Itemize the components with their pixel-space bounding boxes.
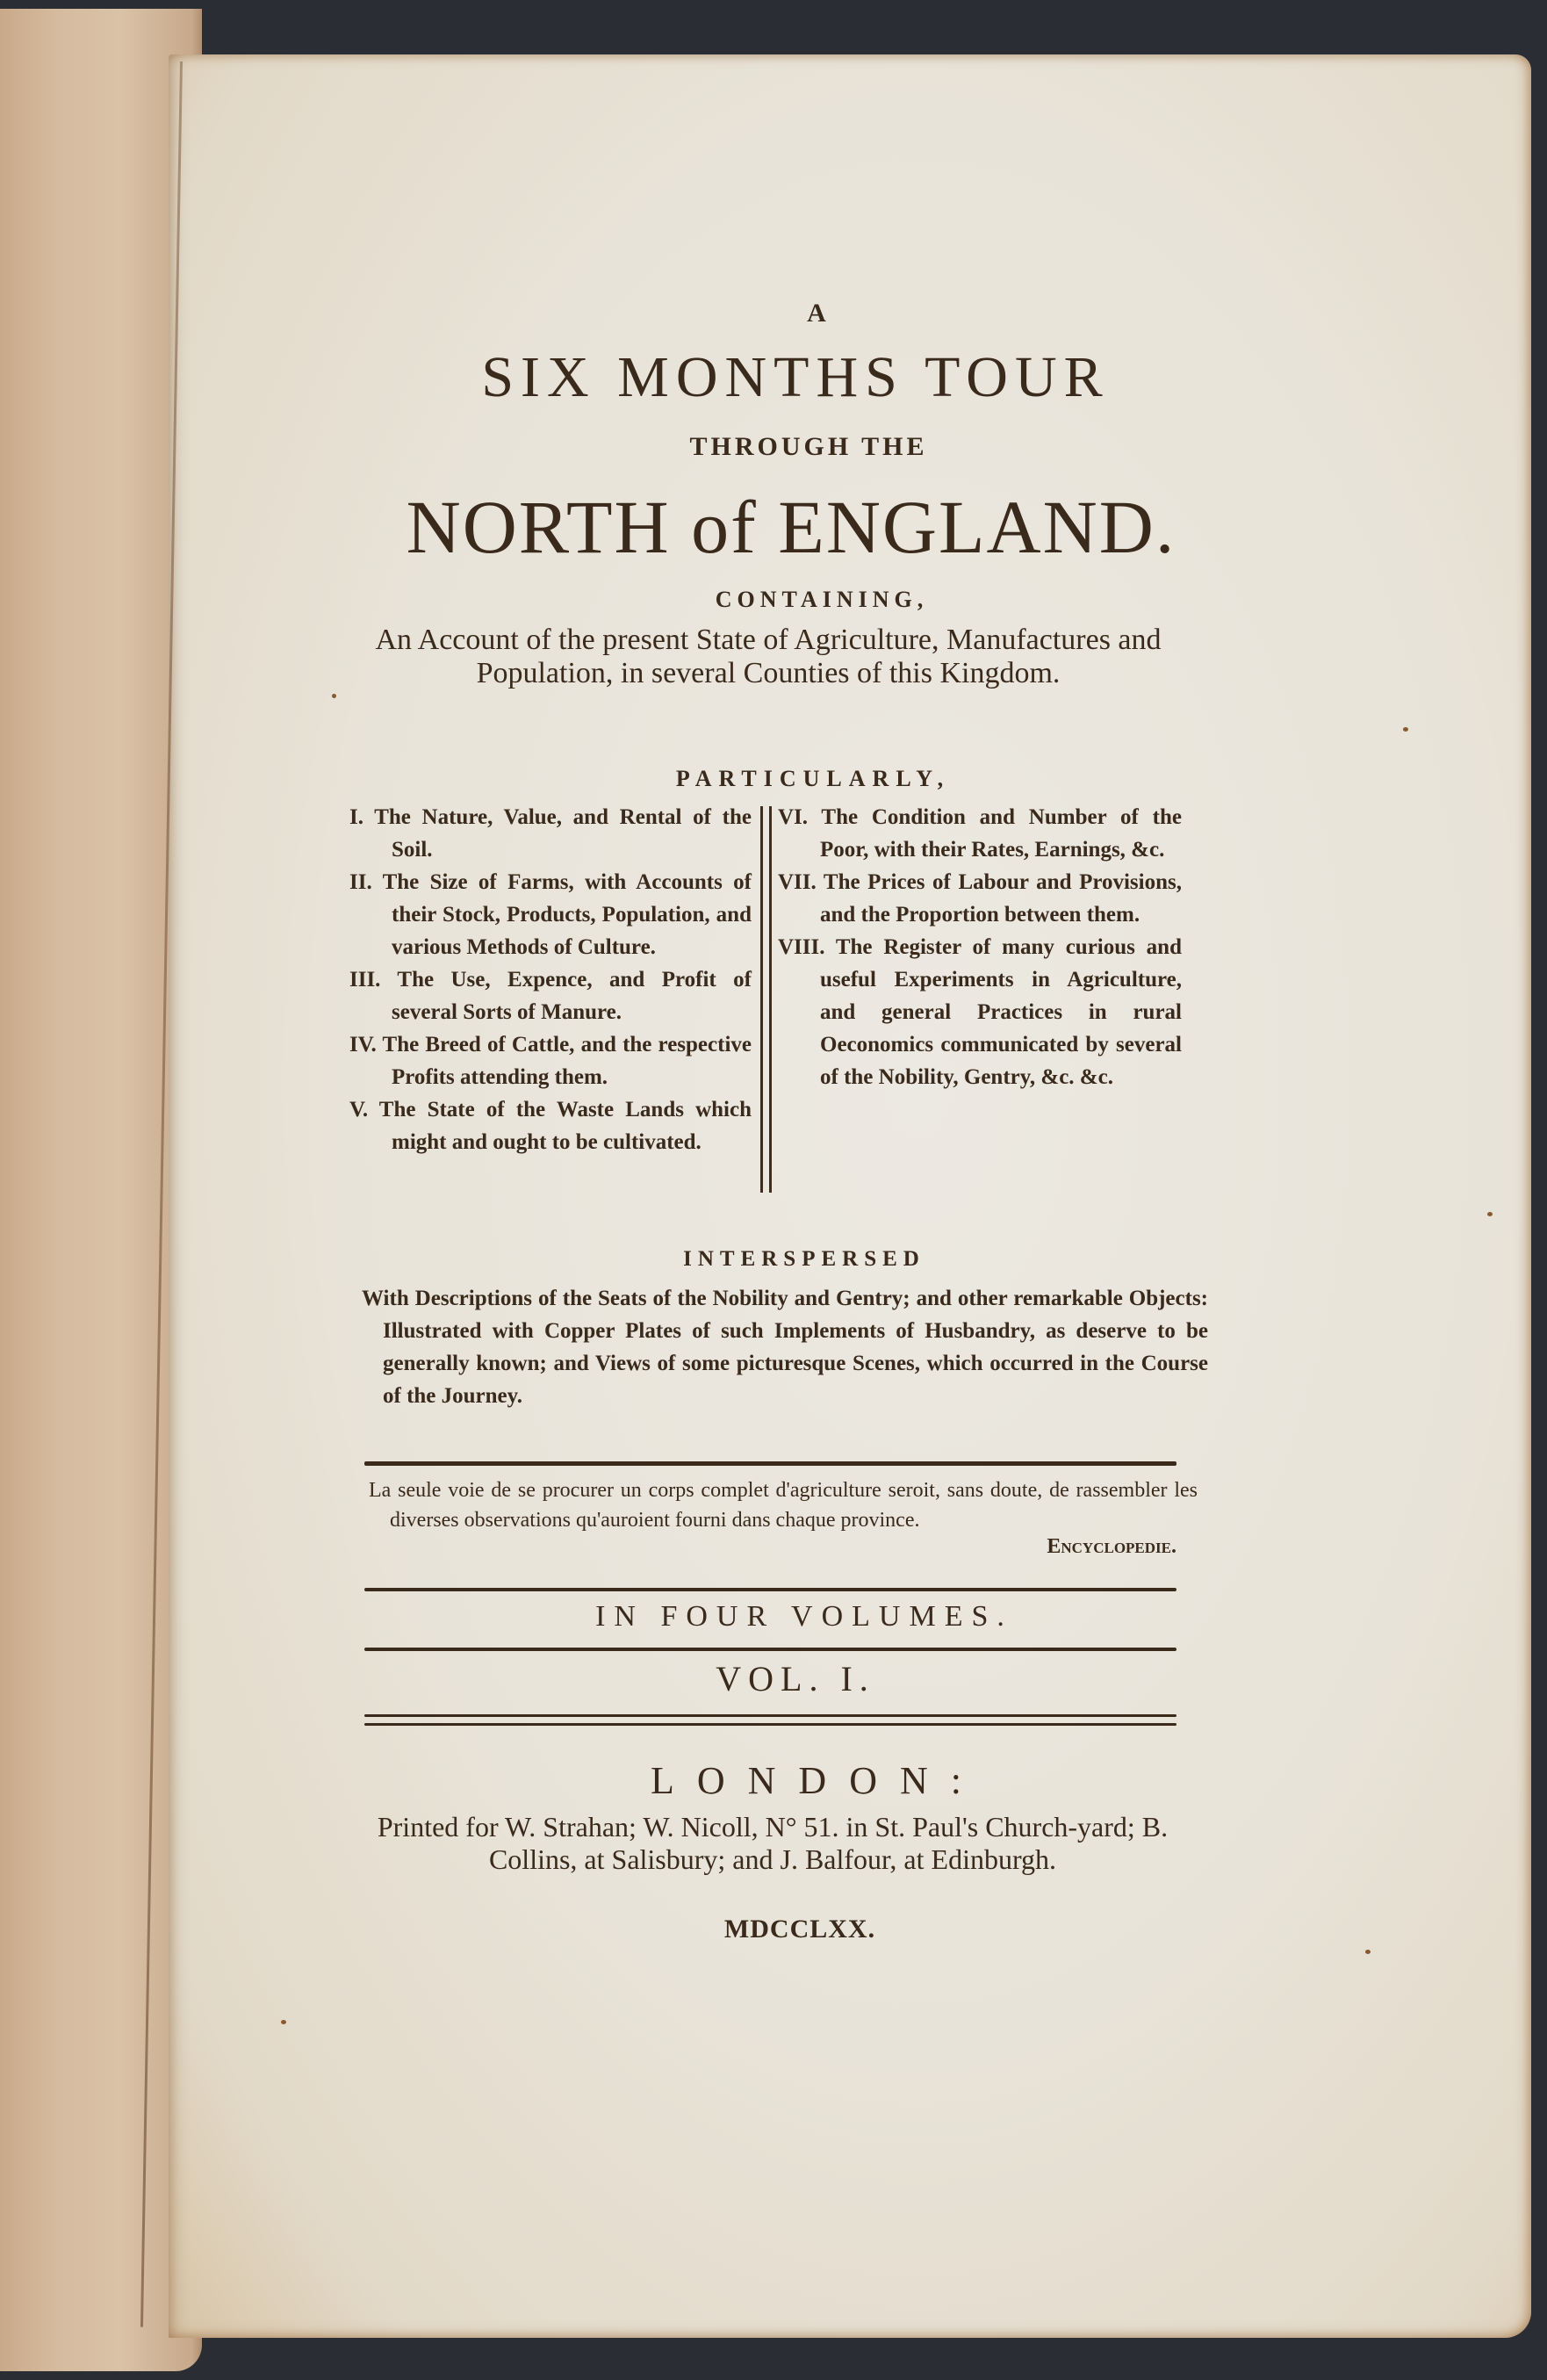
contents-item: II. The Size of Farms, with Accounts of … — [349, 866, 752, 963]
imprint-printers: Printed for W. Strahan; W. Nicoll, N° 51… — [351, 1811, 1194, 1876]
containing-heading: CONTAINING, — [0, 587, 1547, 613]
horizontal-rule — [364, 1714, 1176, 1717]
contents-item: V. The State of the Waste Lands which mi… — [349, 1093, 752, 1158]
contents-column-left: I. The Nature, Value, and Rental of the … — [349, 801, 752, 1158]
title-line-six-months-tour: SIX MONTHS TOUR — [0, 344, 1547, 411]
particularly-heading: PARTICULARLY, — [0, 766, 1547, 792]
horizontal-rule — [364, 1648, 1176, 1651]
column-divider-line — [760, 806, 763, 1193]
epigraph-text: La seule voie de se procurer un corps co… — [369, 1475, 1198, 1535]
title-article: A — [0, 299, 1547, 328]
imprint-city: LONDON: — [0, 1758, 1547, 1803]
contents-item: VII. The Prices of Labour and Provisions… — [778, 866, 1182, 931]
title-line-through-the: THROUGH THE — [0, 432, 1547, 462]
foxing-spot — [281, 2020, 286, 2024]
column-divider-line — [769, 806, 772, 1193]
title-page-content: A SIX MONTHS TOUR THROUGH THE NORTH of E… — [0, 0, 1547, 2380]
horizontal-rule — [364, 1461, 1176, 1466]
contents-item: VI. The Condition and Number of the Poor… — [778, 801, 1182, 866]
foxing-spot — [332, 694, 336, 698]
title-line-north-of-england: NORTH of ENGLAND. — [0, 483, 1547, 571]
foxing-spot — [1403, 727, 1408, 732]
contents-item: IV. The Breed of Cattle, and the respect… — [349, 1028, 752, 1093]
interspersed-text: With Descriptions of the Seats of the No… — [362, 1282, 1208, 1412]
foxing-spot — [1487, 1212, 1493, 1216]
containing-text: An Account of the present State of Agric… — [347, 624, 1190, 690]
interspersed-heading: INTERSPERSED — [0, 1247, 1547, 1272]
contents-item: I. The Nature, Value, and Rental of the … — [349, 801, 752, 866]
volume-set-label: IN FOUR VOLUMES. — [0, 1600, 1547, 1634]
horizontal-rule — [364, 1588, 1176, 1591]
horizontal-rule — [364, 1723, 1176, 1726]
contents-item: VIII. The Register of many curious and u… — [778, 931, 1182, 1093]
epigraph-source: Encyclopedie. — [1001, 1535, 1176, 1559]
contents-item: III. The Use, Expence, and Profit of sev… — [349, 963, 752, 1028]
contents-column-right: VI. The Condition and Number of the Poor… — [778, 801, 1182, 1093]
volume-number: VOL. I. — [0, 1658, 1547, 1699]
imprint-year: MDCCLXX. — [0, 1915, 1547, 1944]
foxing-spot — [1365, 1950, 1371, 1954]
